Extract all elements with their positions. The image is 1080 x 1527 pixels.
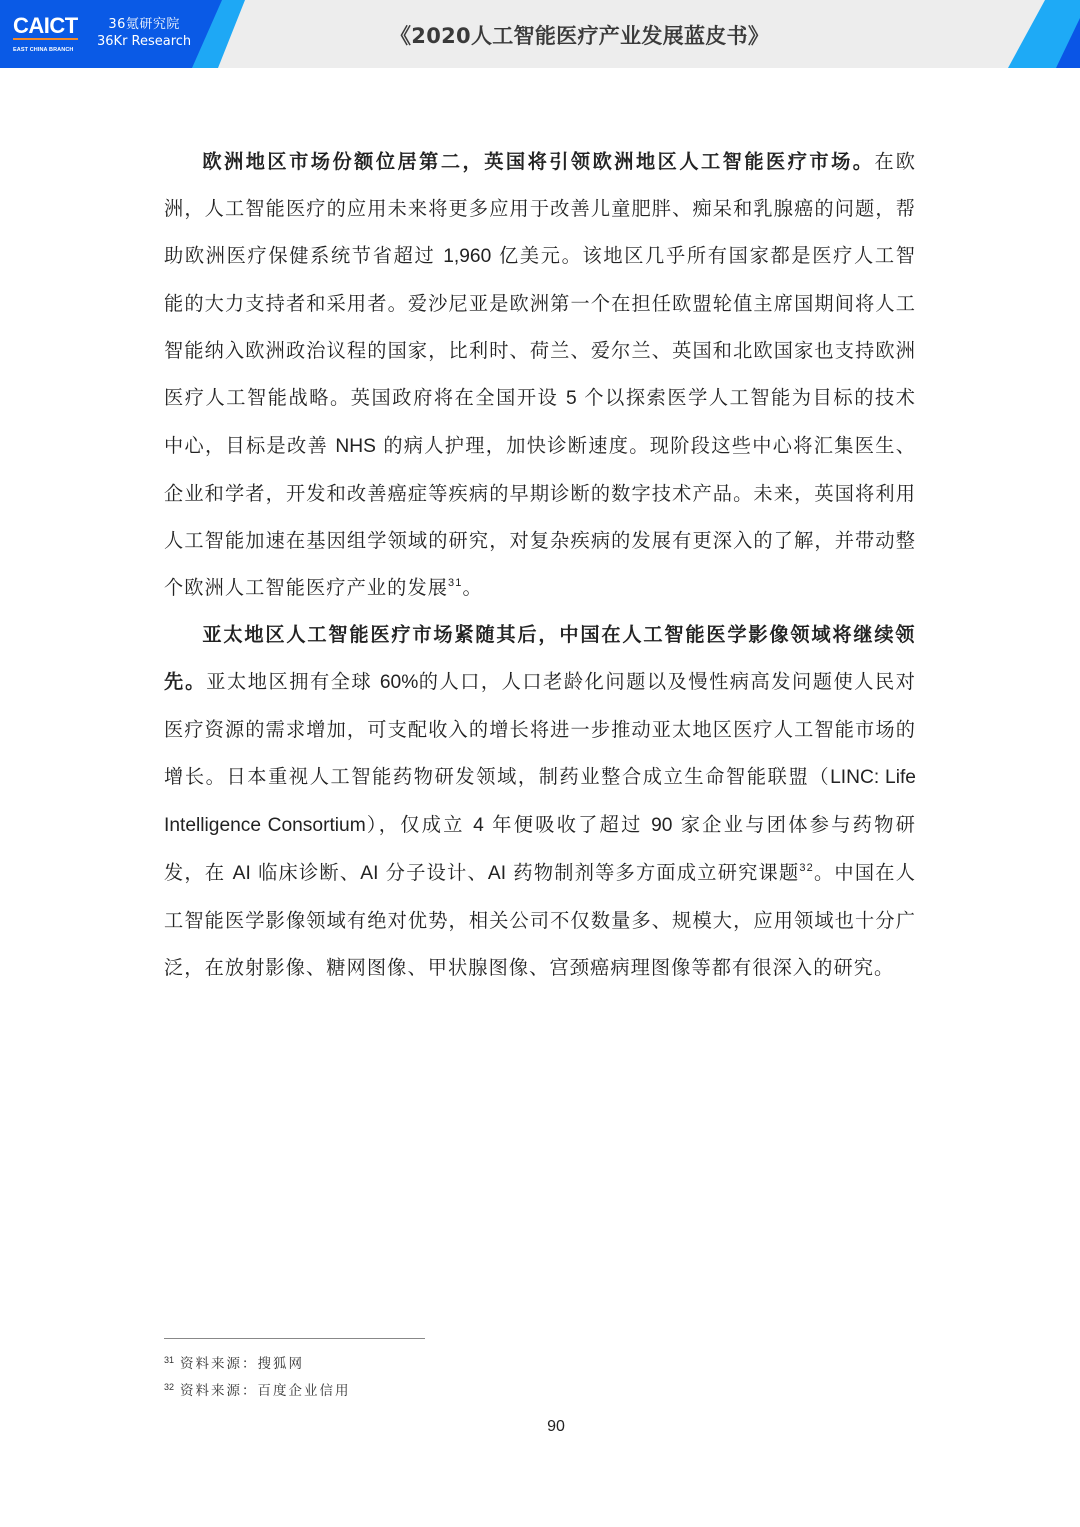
footnote-item: 31资料来源：搜狐网 [164,1349,351,1376]
page-number: 90 [0,1418,1080,1436]
footnote-divider [164,1338,425,1339]
logo-wordmark: CAICT [13,15,78,40]
footnote-ref[interactable]: 32 [799,862,813,874]
paragraph-europe: 欧洲地区市场份额位居第二，英国将引领欧洲地区人工智能医疗市场。在欧洲，人工智能医… [164,138,916,611]
caict-logo: CAICT EAST CHINA BRANCH [13,15,83,53]
page-header: CAICT EAST CHINA BRANCH 36氪研究院 36Kr Rese… [0,0,1080,68]
paragraph-asia-pacific: 亚太地区人工智能医疗市场紧随其后，中国在人工智能医学影像领域将继续领先。亚太地区… [164,611,916,991]
paragraph-lead: 欧洲地区市场份额位居第二，英国将引领欧洲地区人工智能医疗市场。 [202,150,874,173]
partner-logo: 36氪研究院 36Kr Research [97,16,191,50]
logo-subtitle: EAST CHINA BRANCH [13,47,83,53]
partner-name-en: 36Kr Research [97,33,191,50]
footnote-ref[interactable]: 31 [448,577,462,589]
body-text: 欧洲地区市场份额位居第二，英国将引领欧洲地区人工智能医疗市场。在欧洲，人工智能医… [164,138,916,991]
footnote-item: 32资料来源：百度企业信用 [164,1376,351,1403]
footnotes: 31资料来源：搜狐网 32资料来源：百度企业信用 [164,1349,351,1403]
document-title: 《2020人工智能医疗产业发展蓝皮书》 [390,20,769,50]
partner-name-cn: 36氪研究院 [97,16,191,33]
